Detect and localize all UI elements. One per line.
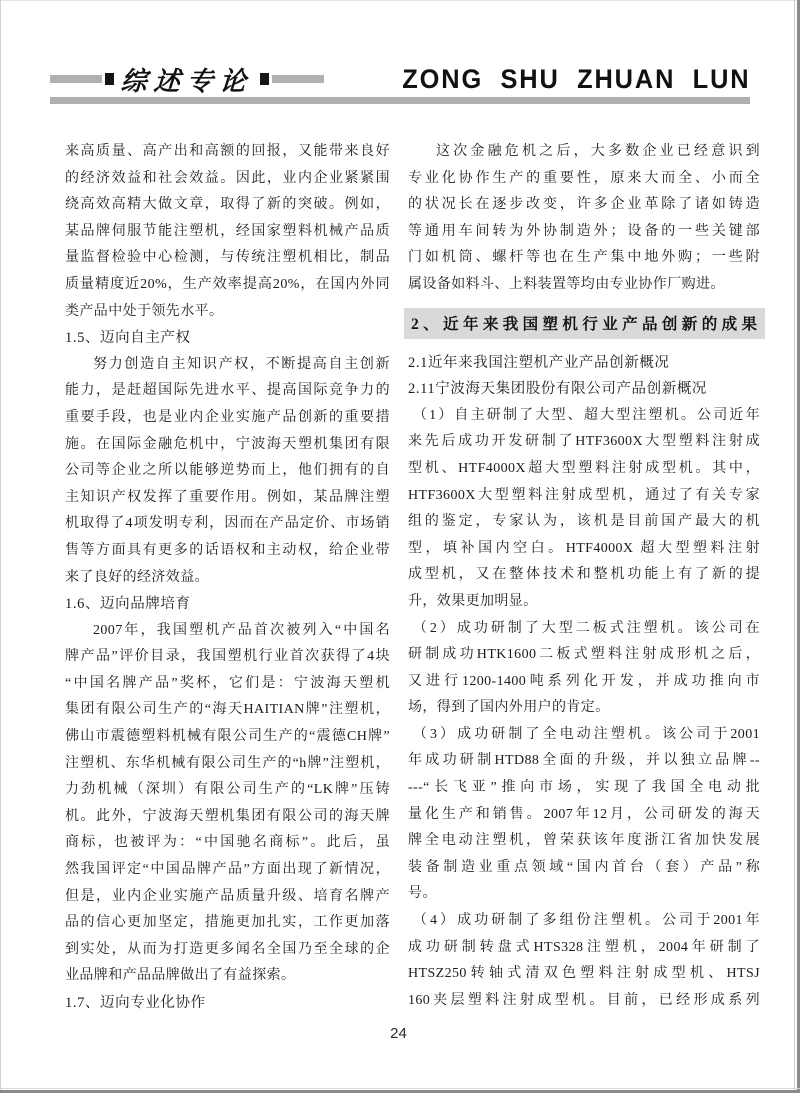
text-line: ---“长飞亚”推向市场，实现了我国全电动批 [408, 775, 760, 802]
text-line: 然我国评定“中国品牌产品”方面出现了新情况， [65, 857, 390, 884]
text-line: （4）成功研制了多组份注塑机。公司于2001年 [408, 908, 760, 935]
text-line: 牌全电动注塑机，曾荣获该年度浙江省加快发展 [408, 828, 760, 855]
paragraph: 来高质量、高产出和高额的回报，又能带来良好的经济效益和社会效益。因此，业内企业紧… [65, 139, 390, 325]
text-line: 佛山市震德塑料机械有限公司生产的“震德CH牌” [65, 724, 390, 751]
text-line: 能力，是赶超国际先进水平、提高国际竞争力的 [65, 378, 390, 405]
scan-edge-bottom-inner [0, 1088, 800, 1089]
text-line: 升，效果更加明显。 [408, 589, 760, 616]
paragraph: （4）成功研制了多组份注塑机。公司于2001年成功研制转盘式HTS328注塑机，… [408, 908, 760, 1014]
banner-bar-left [50, 75, 102, 83]
text-line: 商标，也被评为：“中国驰名商标”。此后，虽 [65, 830, 390, 857]
text-line: 公司等企业之所以能够逆势而上，他们拥有的自 [65, 458, 390, 485]
text-line: 努力创造自主知识产权，不断提高自主创新 [65, 352, 390, 379]
text-line: 牌产品”评价目录，我国塑机行业首次获得了4块 [65, 644, 390, 671]
paragraph: （2）成功研制了大型二板式注塑机。该公司在研制成功HTK1600二板式塑料注射成… [408, 616, 760, 722]
text-line: 2007年，我国塑机产品首次被列入“中国名 [65, 618, 390, 645]
text-line: 绕高效高精大做文章，取得了新的突破。例如， [65, 192, 390, 219]
text-line: 到实处，从而为打造更多闻名全国乃至全球的企 [65, 937, 390, 964]
text-line: 来高质量、高产出和高额的回报，又能带来良好 [65, 139, 390, 166]
text-line: 场，得到了国内外用户的肯定。 [408, 695, 760, 722]
subsection-heading: 1.6、迈向品牌培育 [65, 591, 390, 618]
scan-edge-top [0, 0, 800, 1]
banner-square-left [105, 73, 114, 85]
subsection-heading: 2.1近年来我国注塑机产业产品创新概况 [408, 350, 760, 377]
text-line: 组的鉴定，专家认为，该机是目前国产最大的机 [408, 509, 760, 536]
left-column: 来高质量、高产出和高额的回报，又能带来良好的经济效益和社会效益。因此，业内企业紧… [65, 139, 390, 1017]
scan-edge-left [0, 0, 1, 1093]
text-line: 又进行1200-1400吨系列化开发，并成功推向市 [408, 669, 760, 696]
text-line: 售等方面具有更多的话语权和主动权，给企业带 [65, 538, 390, 565]
text-line: （1）自主研制了大型、超大型注塑机。公司近年 [408, 403, 760, 430]
banner-bar-right [272, 75, 324, 83]
page-number: 24 [390, 1025, 407, 1042]
text-line: 重要手段，也是业内企业实施产品创新的重要措 [65, 405, 390, 432]
text-line: 某品牌伺服节能注塑机，经国家塑料机械产品质 [65, 219, 390, 246]
text-line: 的经济效益和社会效益。因此，业内企业紧紧围 [65, 166, 390, 193]
text-columns: 来高质量、高产出和高额的回报，又能带来良好的经济效益和社会效益。因此，业内企业紧… [65, 139, 760, 1017]
text-line: 业品牌和产品品牌做出了有益探索。 [65, 963, 390, 990]
text-line: 集团有限公司生产的“海天HAITIAN牌”注塑机， [65, 697, 390, 724]
text-line: HTSZ250转轴式清双色塑料注射成型机、HTSJ [408, 961, 760, 988]
text-line: HTF3600X大型塑料注射成型机，通过了有关专家 [408, 483, 760, 510]
text-line: 力劲机械（深圳）有限公司生产的“LK牌”压铸 [65, 777, 390, 804]
banner-square-right [260, 73, 269, 85]
text-line: 成功研制转盘式HTS328注塑机，2004年研制了 [408, 935, 760, 962]
text-line: 来先后成功开发研制了HTF3600X大型塑料注射成 [408, 429, 760, 456]
subsection-heading: 1.5、迈向自主产权 [65, 325, 390, 352]
text-line: 型机、HTF4000X超大型塑料注射成型机。其中， [408, 456, 760, 483]
text-line: 质量精度近20%，生产效率提高20%，在国内外同 [65, 272, 390, 299]
section-title-cn: 综述专论 [116, 61, 259, 98]
text-line: 来了良好的经济效益。 [65, 565, 390, 592]
text-line: 品的信心更加坚定，措施更加扎实，工作更加落 [65, 910, 390, 937]
text-line: 机取得了4项发明专利，因而在产品定价、市场销 [65, 511, 390, 538]
text-line: （2）成功研制了大型二板式注塑机。该公司在 [408, 616, 760, 643]
text-line: 装备制造业重点领域“国内首台（套）产品”称 [408, 855, 760, 882]
text-line: 专业化协作生产的重要性，原来大而全、小而全 [408, 166, 760, 193]
text-line: 型，填补国内空白。HTF4000X 超大型塑料注射 [408, 536, 760, 563]
text-line: 但是，业内企业实施产品质量升级、培育名牌产 [65, 884, 390, 911]
paragraph: 努力创造自主知识产权，不断提高自主创新能力，是赶超国际先进水平、提高国际竞争力的… [65, 352, 390, 591]
paragraph: （3）成功研制了全电动注塑机。该公司于2001年成功研制HTD88全面的升级，并… [408, 722, 760, 908]
paragraph: 这次金融危机之后，大多数企业已经意识到专业化协作生产的重要性，原来大而全、小而全… [408, 139, 760, 299]
subsection-heading: 1.7、迈向专业化协作 [65, 990, 390, 1017]
paragraph: （1）自主研制了大型、超大型注塑机。公司近年来先后成功开发研制了HTF3600X… [408, 403, 760, 616]
text-line: 等通用车间转为外协制造外；设备的一些关键部 [408, 219, 760, 246]
scan-edge-right-inner [794, 0, 795, 1093]
text-line: 量化生产和销售。2007年12月，公司研发的海天 [408, 802, 760, 829]
text-line: 年成功研制HTD88全面的升级，并以独立品牌-- [408, 748, 760, 775]
text-line: 主知识产权发挥了重要作用。例如，某品牌注塑 [65, 485, 390, 512]
text-line: 成型机，又在整体技术和整机功能上有了新的提 [408, 562, 760, 589]
subsection-heading: 2.11宁波海天集团股份有限公司产品创新概况 [408, 376, 760, 403]
text-line: （3）成功研制了全电动注塑机。该公司于2001 [408, 722, 760, 749]
paragraph: 2007年，我国塑机产品首次被列入“中国名牌产品”评价目录，我国塑机行业首次获得… [65, 618, 390, 990]
text-line: 这次金融危机之后，大多数企业已经意识到 [408, 139, 760, 166]
text-line: “中国名牌产品”奖杯，它们是：宁波海天塑机 [65, 671, 390, 698]
section-banner: 综述专论 [50, 61, 324, 98]
text-line: 机。此外，宁波海天塑机集团有限公司的海天牌 [65, 804, 390, 831]
header-divider [50, 97, 750, 104]
text-line: 属设备如料斗、上料装置等均由专业协作厂购进。 [408, 272, 760, 299]
section-title-latin: ZONG SHU ZHUAN LUN [402, 64, 750, 95]
text-line: 研制成功HTK1600二板式塑料注射成形机之后， [408, 642, 760, 669]
right-column: 这次金融危机之后，大多数企业已经意识到专业化协作生产的重要性，原来大而全、小而全… [408, 139, 760, 1017]
section-heading-highlight: 2、近年来我国塑机行业产品创新的成果 [404, 308, 765, 339]
text-line: 号。 [408, 881, 760, 908]
text-line: 施。在国际金融危机中，宁波海天塑机集团有限 [65, 432, 390, 459]
page-header: 综述专论 ZONG SHU ZHUAN LUN [50, 62, 750, 96]
text-line: 类产品中处于领先水平。 [65, 299, 390, 326]
text-line: 门如机筒、螺杆等也在生产集中地外购；一些附 [408, 245, 760, 272]
text-line: 160夹层塑料注射成型机。目前，已经形成系列 [408, 988, 760, 1015]
page-footer: 24 [0, 1025, 797, 1042]
text-line: 的状况长在逐步改变，许多企业革除了诸如铸造 [408, 192, 760, 219]
text-line: 注塑机、东华机械有限公司生产的“h牌”注塑机， [65, 751, 390, 778]
text-line: 量监督检验中心检测，与传统注塑机相比，制品 [65, 245, 390, 272]
